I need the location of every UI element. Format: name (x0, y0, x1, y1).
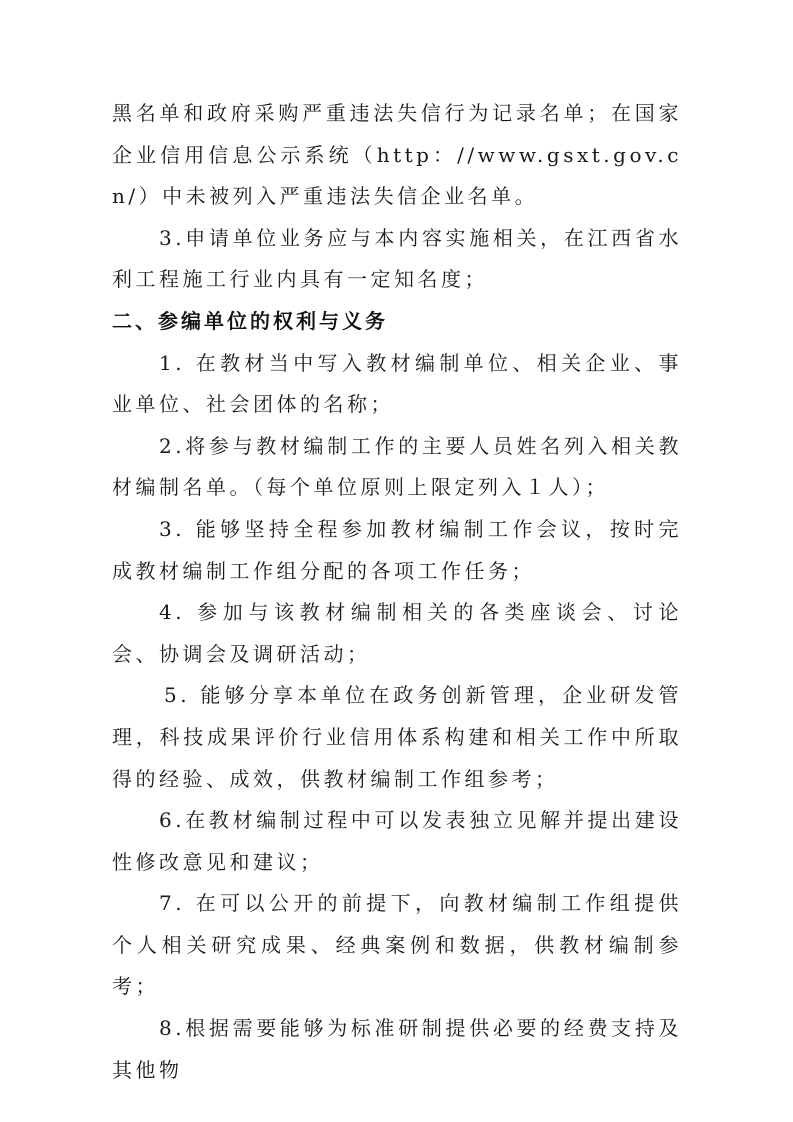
rights-item-1: 1. 在教材当中写入教材编制单位、相关企业、事业单位、社会团体的名称； (112, 343, 682, 426)
rights-item-7: 7. 在可以公开的前提下，向教材编制工作组提供个人相关研究成果、经典案例和数据，… (112, 883, 682, 1008)
rights-item-8: 8.根据需要能够为标准研制提供必要的经费支持及其他物 (112, 1008, 682, 1091)
paragraph-blacklist-continuation: 黑名单和政府采购严重违法失信行为记录名单；在国家企业信用信息公示系统（http：… (112, 93, 682, 218)
document-page: 黑名单和政府采购严重违法失信行为记录名单；在国家企业信用信息公示系统（http：… (112, 93, 682, 1091)
rights-item-2: 2.将参与教材编制工作的主要人员姓名列入相关教材编制名单。（每个单位原则上限定列… (112, 426, 682, 509)
rights-item-5: 5. 能够分享本单位在政务创新管理，企业研发管理，科技成果评价行业信用体系构建和… (112, 675, 682, 800)
rights-item-3: 3. 能够坚持全程参加教材编制工作会议，按时完成教材编制工作组分配的各项工作任务… (112, 509, 682, 592)
rights-item-6: 6.在教材编制过程中可以发表独立见解并提出建设性修改意见和建议； (112, 800, 682, 883)
rights-item-4: 4. 参加与该教材编制相关的各类座谈会、讨论会、协调会及调研活动； (112, 592, 682, 675)
paragraph-requirement-3: 3.申请单位业务应与本内容实施相关，在江西省水利工程施工行业内具有一定知名度； (112, 218, 682, 301)
section-heading: 二、参编单位的权利与义务 (112, 301, 682, 343)
